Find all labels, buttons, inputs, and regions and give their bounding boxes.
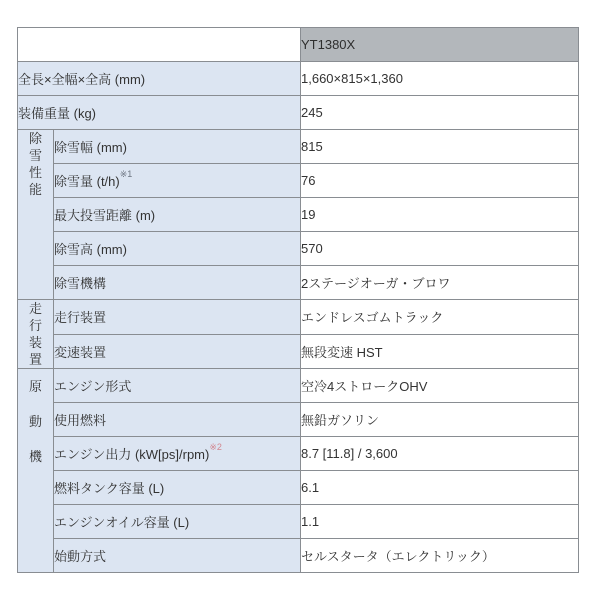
spec-label: 除雪高 (mm): [54, 232, 301, 266]
table-row: 除雪機構 2ステージオーガ・ブロワ: [18, 266, 579, 300]
spec-label: 使用燃料: [54, 403, 301, 437]
spec-value: セルスタータ（エレクトリック）: [301, 539, 579, 573]
table-row: 除雪高 (mm) 570: [18, 232, 579, 266]
spec-value: 1.1: [301, 505, 579, 539]
spec-value: 570: [301, 232, 579, 266]
table-row: 除雪性能 除雪幅 (mm) 815: [18, 130, 579, 164]
spec-label: 全長×全幅×全高 (mm): [18, 62, 301, 96]
spec-label-text: 除雪量 (t/h): [54, 174, 120, 189]
footnote-marker-1: ※1: [120, 169, 133, 179]
group-label-engine: 原動機: [18, 369, 54, 573]
spec-value: 815: [301, 130, 579, 164]
table-row: エンジンオイル容量 (L) 1.1: [18, 505, 579, 539]
spec-value: エンドレスゴムトラック: [301, 300, 579, 335]
spec-value: 空冷4ストロークOHV: [301, 369, 579, 403]
group-label-text: 除雪性能: [29, 130, 42, 198]
table-row: 使用燃料 無鉛ガソリン: [18, 403, 579, 437]
spec-label: 除雪幅 (mm): [54, 130, 301, 164]
group-label-text: 原動機: [29, 369, 42, 474]
spec-value: 1,660×815×1,360: [301, 62, 579, 96]
table-header-row: YT1380X: [18, 28, 579, 62]
group-label-text: 走行装置: [29, 300, 42, 368]
footnote-marker-2: ※2: [209, 442, 222, 452]
spec-page: YT1380X 全長×全幅×全高 (mm) 1,660×815×1,360 装備…: [0, 0, 600, 600]
spec-label: 走行装置: [54, 300, 301, 335]
spec-value: 無段変速 HST: [301, 334, 579, 369]
spec-label: 除雪機構: [54, 266, 301, 300]
group-label-drive-system: 走行装置: [18, 300, 54, 369]
spec-label: 最大投雪距離 (m): [54, 198, 301, 232]
spec-value: 無鉛ガソリン: [301, 403, 579, 437]
spec-label: 変速装置: [54, 334, 301, 369]
table-row: 燃料タンク容量 (L) 6.1: [18, 471, 579, 505]
table-row: 除雪量 (t/h)※1 76: [18, 164, 579, 198]
spec-value: 19: [301, 198, 579, 232]
table-row: 始動方式 セルスタータ（エレクトリック）: [18, 539, 579, 573]
spec-value: 76: [301, 164, 579, 198]
spec-label-text: エンジン出力 (kW[ps]/rpm): [54, 447, 209, 462]
spec-label: 装備重量 (kg): [18, 96, 301, 130]
header-spacer: [18, 28, 301, 62]
spec-label: 除雪量 (t/h)※1: [54, 164, 301, 198]
spec-value: 2ステージオーガ・ブロワ: [301, 266, 579, 300]
model-name-header: YT1380X: [301, 28, 579, 62]
spec-label: エンジンオイル容量 (L): [54, 505, 301, 539]
table-row: 最大投雪距離 (m) 19: [18, 198, 579, 232]
table-row: 変速装置 無段変速 HST: [18, 334, 579, 369]
table-row: 装備重量 (kg) 245: [18, 96, 579, 130]
spec-table: YT1380X 全長×全幅×全高 (mm) 1,660×815×1,360 装備…: [17, 27, 579, 573]
table-row: 原動機 エンジン形式 空冷4ストロークOHV: [18, 369, 579, 403]
group-label-snow-performance: 除雪性能: [18, 130, 54, 300]
spec-label: 燃料タンク容量 (L): [54, 471, 301, 505]
table-row: 全長×全幅×全高 (mm) 1,660×815×1,360: [18, 62, 579, 96]
spec-value: 6.1: [301, 471, 579, 505]
spec-label: エンジン出力 (kW[ps]/rpm)※2: [54, 437, 301, 471]
table-row: 走行装置 走行装置 エンドレスゴムトラック: [18, 300, 579, 335]
table-row: エンジン出力 (kW[ps]/rpm)※2 8.7 [11.8] / 3,600: [18, 437, 579, 471]
spec-label: エンジン形式: [54, 369, 301, 403]
spec-value: 8.7 [11.8] / 3,600: [301, 437, 579, 471]
spec-value: 245: [301, 96, 579, 130]
spec-label: 始動方式: [54, 539, 301, 573]
